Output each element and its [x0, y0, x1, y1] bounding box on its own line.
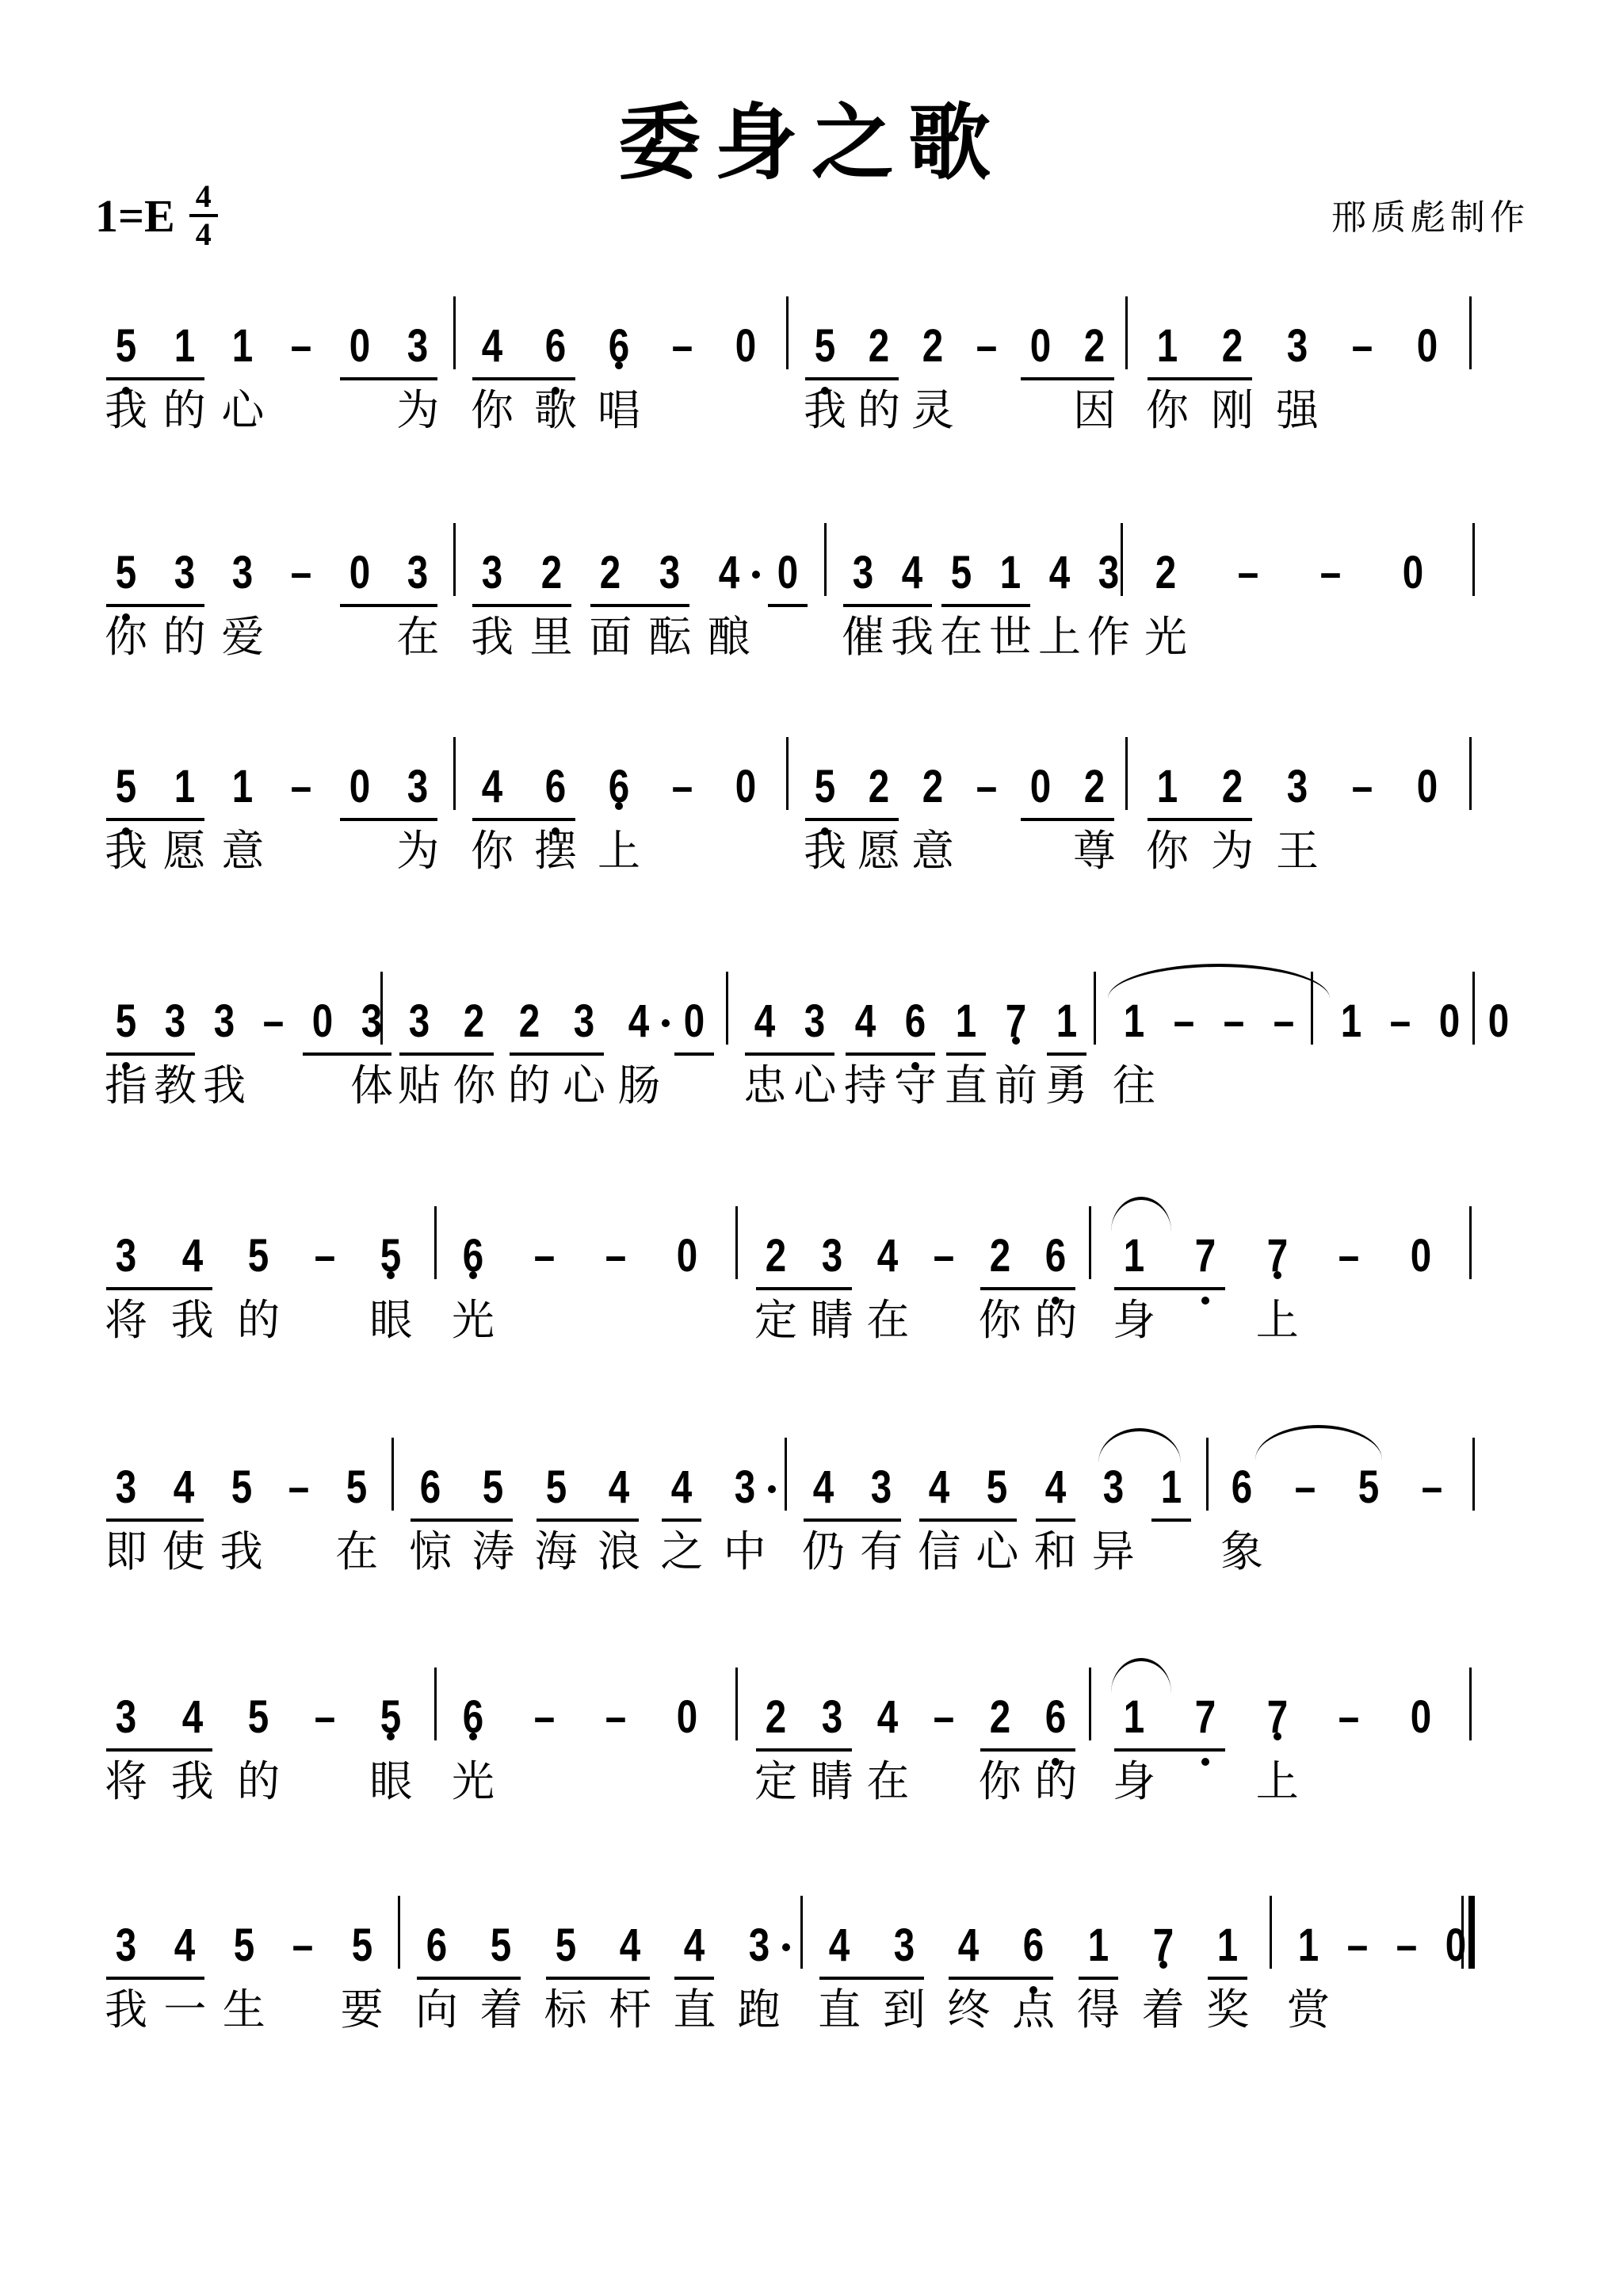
- low-octave-dot: [615, 802, 623, 810]
- underline: [472, 818, 533, 821]
- note-value: 2: [1212, 323, 1253, 369]
- lyric-char: 为: [1208, 827, 1257, 875]
- lyric-char: 你: [976, 1297, 1025, 1344]
- key-time-signature: 1=E 4 4: [95, 181, 218, 250]
- underline: [106, 1519, 161, 1522]
- note-value: 3: [811, 1694, 852, 1740]
- note-value: 3: [164, 550, 204, 596]
- underline: [1021, 377, 1071, 380]
- note-value: 0: [1400, 1694, 1441, 1740]
- underline: [855, 1519, 901, 1522]
- lyric-char: 我: [888, 613, 937, 661]
- lyric-char: 勇: [1042, 1062, 1091, 1110]
- note-value: 3: [399, 999, 440, 1045]
- low-octave-dot: [1274, 1271, 1281, 1279]
- lyric-char: 因: [1070, 387, 1119, 434]
- note-value: 4: [472, 323, 513, 369]
- note-value: –: [924, 1233, 964, 1279]
- underline: [1036, 1519, 1075, 1522]
- note-value: 6: [417, 1923, 457, 1969]
- note-value: –: [1214, 999, 1254, 1045]
- lyric-char: 体: [347, 1062, 396, 1110]
- note-value: 5: [545, 1923, 586, 1969]
- note-value: 6: [536, 764, 576, 810]
- note-value: 5: [977, 1465, 1018, 1511]
- lyrics-line: 我一生要向着标杆直跑直到终点得着奖赏: [94, 1986, 1544, 2042]
- note-value: 3: [739, 1923, 779, 1969]
- note-value: 1: [1114, 1233, 1155, 1279]
- barline: [391, 1438, 394, 1511]
- barline: [380, 972, 383, 1045]
- note-value: –: [596, 1233, 636, 1279]
- lyric-char: 直: [815, 1986, 864, 2034]
- lyric-char: 摆: [531, 827, 580, 875]
- underline: [1114, 1287, 1182, 1290]
- note-value: 4: [163, 1465, 204, 1511]
- underline: [846, 1052, 892, 1056]
- underline: [980, 1287, 1033, 1290]
- underline: [984, 604, 1030, 607]
- lyric-char: 的: [1031, 1758, 1080, 1805]
- note-value: 0: [303, 999, 343, 1045]
- note-value: 5: [536, 1465, 576, 1511]
- lyric-char: 教: [151, 1062, 200, 1110]
- lyric-char: 光: [449, 1297, 498, 1344]
- lyric-char: 你: [1143, 387, 1192, 434]
- note-value: –: [663, 323, 703, 369]
- lyric-char: 上: [1253, 1297, 1302, 1344]
- lyric-char: 跑: [735, 1986, 784, 2034]
- lyric-char: 定: [751, 1297, 800, 1344]
- underline: [537, 1519, 596, 1522]
- underline: [889, 1052, 935, 1056]
- note-value: 1: [223, 764, 263, 810]
- note-value: –: [1387, 1923, 1427, 1969]
- note-value: 4: [845, 999, 885, 1045]
- lyric-char: 为: [393, 827, 442, 875]
- underline: [674, 1977, 714, 1980]
- barline: [1121, 523, 1123, 596]
- underline: [1206, 377, 1252, 380]
- score-row: 345–565544343461711––0我一生要向着标杆直跑直到终点得着奖赏: [94, 1893, 1544, 2091]
- lyric-char: 和: [1031, 1528, 1080, 1576]
- note-value: 2: [454, 999, 495, 1045]
- lyric-char: 睛: [808, 1758, 857, 1805]
- lyric-char: 赏: [1284, 1986, 1333, 2034]
- note-value: 1: [1148, 764, 1188, 810]
- underline: [980, 1748, 1033, 1752]
- note-value: 1: [1148, 323, 1188, 369]
- note-value: 1: [1114, 1694, 1155, 1740]
- underline: [106, 604, 162, 607]
- underline: [1206, 818, 1252, 821]
- lyric-char: 点: [1009, 1986, 1058, 2034]
- lyric-char: 的: [160, 613, 209, 661]
- note-value: 0: [339, 323, 380, 369]
- underline: [878, 1977, 924, 1980]
- underline: [106, 377, 162, 380]
- note-value: –: [967, 764, 1007, 810]
- lyric-char: 我: [168, 1758, 217, 1805]
- lyrics-line: 将我的眼光定睛在你的身上: [94, 1758, 1544, 1813]
- lyrics-line: 即使我在惊涛海浪之中仍有信心和异象: [94, 1528, 1544, 1584]
- low-octave-dot: [469, 1271, 477, 1279]
- augmentation-dot: [782, 1943, 790, 1951]
- underline: [1079, 1977, 1118, 1980]
- underline: [806, 1287, 852, 1290]
- note-value: 0: [726, 764, 766, 810]
- lyric-char: 酝: [645, 613, 694, 661]
- note-value: 6: [1036, 1694, 1076, 1740]
- lyric-char: 有: [857, 1528, 906, 1576]
- lyric-char: 指: [101, 1062, 151, 1110]
- lyric-char: 在: [863, 1297, 912, 1344]
- underline: [346, 1052, 391, 1056]
- note-value: 3: [398, 323, 438, 369]
- lyric-char: 你: [468, 387, 517, 434]
- underline: [1021, 818, 1071, 821]
- lyrics-line: 将我的眼光定睛在你的身上: [94, 1297, 1544, 1352]
- underline: [756, 1287, 809, 1290]
- note-value: 0: [1021, 323, 1061, 369]
- lyric-char: 身: [1109, 1758, 1159, 1805]
- note-value: 1: [1046, 999, 1086, 1045]
- note-value: –: [1342, 764, 1383, 810]
- note-value: 4: [610, 1923, 651, 1969]
- lyric-char: 心: [790, 1062, 839, 1110]
- underline: [340, 377, 395, 380]
- note-value: –: [1264, 999, 1304, 1045]
- underline: [448, 1052, 494, 1056]
- lyric-char: 持: [841, 1062, 890, 1110]
- lyric-char: 直: [670, 1986, 719, 2034]
- underline: [1114, 1748, 1182, 1752]
- note-value: 6: [1014, 1923, 1054, 1969]
- note-value: 3: [106, 1923, 147, 1969]
- underline: [1029, 1287, 1075, 1290]
- note-value: 1: [164, 323, 204, 369]
- lyric-char: 浪: [594, 1528, 643, 1576]
- slur-tie: [1255, 1425, 1382, 1460]
- barline: [735, 1668, 738, 1740]
- underline: [919, 1519, 974, 1522]
- underline: [158, 377, 204, 380]
- lyrics-line: 指教我体贴你的心肠忠心持守直前勇往: [94, 1062, 1544, 1117]
- lyric-char: 象: [1217, 1528, 1266, 1576]
- note-value: 1: [1289, 1923, 1329, 1969]
- lyric-char: 面: [586, 613, 635, 661]
- lyric-char: 将: [101, 1758, 151, 1805]
- underline: [853, 818, 899, 821]
- note-value: 3: [1277, 323, 1318, 369]
- note-value: 0: [1400, 1233, 1441, 1279]
- note-value: 3: [106, 1233, 147, 1279]
- underline: [340, 604, 395, 607]
- lyric-char: 光: [1141, 613, 1190, 661]
- underline: [399, 1052, 451, 1056]
- note-value: 4: [599, 1465, 640, 1511]
- underline: [529, 377, 575, 380]
- note-value: 4: [172, 1233, 212, 1279]
- note-value: 0: [1407, 764, 1448, 810]
- lyric-char: 贴: [395, 1062, 444, 1110]
- note-value: –: [281, 323, 322, 369]
- lyric-char: 守: [891, 1062, 940, 1110]
- note-value: 0: [339, 550, 380, 596]
- score-row: 345–56––0234–26177–0将我的眼光定睛在你的身上: [94, 1203, 1544, 1401]
- lyric-char: 直: [941, 1062, 991, 1110]
- underline: [529, 818, 575, 821]
- lyric-char: 杆: [605, 1986, 655, 2034]
- lyric-char: 心: [218, 387, 267, 434]
- note-value: 3: [472, 550, 513, 596]
- lyric-char: 酿: [705, 613, 754, 661]
- lyric-char: 忠: [740, 1062, 789, 1110]
- lyric-char: 奖: [1203, 1986, 1252, 2034]
- underline: [1148, 377, 1209, 380]
- lyric-char: 我: [101, 387, 151, 434]
- underline: [643, 604, 689, 607]
- note-value: –: [525, 1694, 565, 1740]
- note-value: 1: [1114, 999, 1155, 1045]
- note-value: 3: [1277, 764, 1318, 810]
- lyric-char: 唱: [594, 387, 643, 434]
- note-value: 6: [536, 323, 576, 369]
- note-value: 2: [1075, 323, 1115, 369]
- note-value: 0: [1407, 323, 1448, 369]
- barline: [1472, 523, 1475, 596]
- underline: [158, 1519, 204, 1522]
- underline: [417, 1977, 478, 1980]
- lyric-char: 信: [915, 1528, 964, 1576]
- lyric-char: 你: [1143, 827, 1192, 875]
- underline: [1029, 1748, 1075, 1752]
- lyric-char: 心: [559, 1062, 609, 1110]
- note-value: 2: [980, 1233, 1020, 1279]
- note-value: 0: [674, 999, 714, 1045]
- underline: [1047, 1052, 1086, 1056]
- note-value: 5: [106, 550, 147, 596]
- lyric-char: 你: [976, 1758, 1025, 1805]
- underline: [949, 1977, 1010, 1980]
- lyric-char: 的: [160, 387, 209, 434]
- lyric-char: 尊: [1070, 827, 1119, 875]
- underline: [475, 1977, 521, 1980]
- lyric-char: 催: [838, 613, 888, 661]
- note-value: 4: [868, 1694, 908, 1740]
- underline: [756, 1748, 809, 1752]
- note-value: 5: [221, 1465, 262, 1511]
- note-value: 4: [472, 764, 513, 810]
- lyric-char: 歌: [531, 387, 580, 434]
- note-value: 3: [650, 550, 690, 596]
- underline: [106, 1287, 170, 1290]
- lyric-char: 意: [908, 827, 957, 875]
- underline: [804, 1519, 858, 1522]
- underline: [391, 377, 437, 380]
- barline: [786, 296, 789, 369]
- lyric-char: 心: [972, 1528, 1022, 1576]
- underline: [1068, 377, 1114, 380]
- note-value: 4: [949, 1923, 989, 1969]
- note-value: –: [596, 1694, 636, 1740]
- lyric-char: 前: [991, 1062, 1041, 1110]
- key-signature: 1=E: [95, 189, 175, 243]
- underline: [158, 818, 204, 821]
- lyric-char: 光: [449, 1758, 498, 1805]
- note-value: 2: [509, 999, 549, 1045]
- note-value: 5: [805, 323, 846, 369]
- note-value: 0: [667, 1694, 708, 1740]
- note-value: 1: [164, 764, 204, 810]
- note-value: –: [1285, 1465, 1326, 1511]
- barline: [1472, 1438, 1475, 1511]
- score-row: 511–03466–0522–02123–0我愿意为你摆上我愿意尊你为王: [94, 734, 1544, 932]
- lyric-char: 要: [338, 1986, 387, 2034]
- lyric-char: 肠: [614, 1062, 663, 1110]
- note-value: 2: [980, 1694, 1020, 1740]
- lyric-char: 将: [101, 1297, 151, 1344]
- lyric-char: 仍: [799, 1528, 848, 1576]
- barline: [785, 1438, 787, 1511]
- underline: [674, 1052, 714, 1056]
- song-title: 委身之歌: [0, 101, 1623, 184]
- lyric-char: 之: [657, 1528, 706, 1576]
- lyric-char: 我: [468, 613, 517, 661]
- note-value: 5: [106, 764, 147, 810]
- note-value: –: [1338, 1923, 1378, 1969]
- note-value: 2: [859, 323, 899, 369]
- underline: [853, 377, 899, 380]
- lyric-char: 灵: [908, 387, 957, 434]
- low-octave-dot: [469, 1733, 477, 1740]
- note-value: 4: [1035, 1465, 1075, 1511]
- lyric-char: 中: [720, 1528, 769, 1576]
- barline: [434, 1668, 437, 1740]
- note-value: 0: [768, 550, 808, 596]
- note-value: –: [281, 550, 322, 596]
- underline: [106, 1748, 170, 1752]
- underline: [886, 604, 932, 607]
- lyrics-line: 你的爱在我里面酝酿催我在世上作光: [94, 613, 1544, 669]
- underline: [558, 1052, 604, 1056]
- note-value: 5: [805, 764, 846, 810]
- note-value: 4: [708, 550, 749, 596]
- time-signature: 4 4: [189, 181, 218, 250]
- lyric-char: 眼: [366, 1758, 415, 1805]
- underline: [604, 1977, 650, 1980]
- barline: [1094, 972, 1096, 1045]
- note-value: 4: [919, 1465, 960, 1511]
- slur-tie: [1111, 1197, 1171, 1232]
- note-value: 5: [1349, 1465, 1389, 1511]
- lyric-char: 世: [986, 613, 1035, 661]
- note-value: 5: [239, 1233, 279, 1279]
- score-row: 511–03466–0522–02123–0我的心为你歌唱我的灵因你刚强: [94, 293, 1544, 491]
- lyric-char: 我: [168, 1297, 217, 1344]
- barline: [824, 523, 827, 596]
- note-value: 4: [745, 999, 785, 1045]
- note-value: –: [924, 1694, 964, 1740]
- note-value: 5: [239, 1694, 279, 1740]
- underline: [843, 604, 889, 607]
- note-value: 3: [795, 999, 835, 1045]
- note-value: 3: [884, 1923, 924, 1969]
- underline: [1007, 1977, 1053, 1980]
- lyric-char: 一: [160, 1986, 209, 2034]
- lyric-char: 即: [101, 1528, 151, 1576]
- low-octave-dot: [1274, 1733, 1281, 1740]
- note-value: 5: [106, 323, 147, 369]
- lyric-char: 着: [1139, 1986, 1188, 2034]
- note-value: 1: [1208, 1923, 1248, 1969]
- underline: [340, 818, 395, 821]
- note-value: 5: [473, 1465, 514, 1511]
- lyric-char: 的: [234, 1297, 283, 1344]
- note-value: 2: [756, 1233, 796, 1279]
- underline: [158, 604, 204, 607]
- note-value: 2: [913, 764, 953, 810]
- note-value: 4: [674, 1923, 715, 1969]
- low-octave-dot: [615, 361, 623, 369]
- note-value: –: [1329, 1694, 1369, 1740]
- barline: [786, 737, 789, 810]
- lyrics-line: 我愿意为你摆上我愿意尊你为王: [94, 827, 1544, 883]
- slur-tie: [1098, 1428, 1181, 1463]
- barline: [1089, 1206, 1091, 1279]
- lyric-char: 涛: [468, 1528, 517, 1576]
- barline: [453, 296, 456, 369]
- note-value: 6: [1222, 1465, 1262, 1511]
- lyric-char: 的: [505, 1062, 554, 1110]
- underline: [106, 818, 162, 821]
- underline: [149, 1052, 195, 1056]
- lyric-char: 刚: [1208, 387, 1257, 434]
- note-value: 7: [1186, 1694, 1226, 1740]
- note-value: –: [1342, 323, 1383, 369]
- barline: [1472, 972, 1475, 1045]
- note-value: 2: [1146, 550, 1186, 596]
- note-value: 1: [1331, 999, 1372, 1045]
- note-value: 3: [106, 1465, 147, 1511]
- underline: [1208, 1977, 1247, 1980]
- note-value: –: [967, 323, 1007, 369]
- lyric-char: 向: [412, 1986, 461, 2034]
- lyric-char: 爱: [218, 613, 267, 661]
- barline: [398, 1896, 400, 1969]
- lyric-char: 愿: [854, 827, 903, 875]
- underline: [1148, 818, 1209, 821]
- underline: [391, 818, 437, 821]
- note-value: 3: [724, 1465, 765, 1511]
- underline: [971, 1519, 1017, 1522]
- lyric-char: 上: [1253, 1758, 1302, 1805]
- underline: [1179, 1748, 1225, 1752]
- lyric-char: 定: [751, 1758, 800, 1805]
- note-value: 5: [337, 1465, 377, 1511]
- lyric-char: 王: [1273, 827, 1322, 875]
- underline: [1151, 1519, 1191, 1522]
- note-value: 4: [892, 550, 933, 596]
- lyric-char: 的: [1031, 1297, 1080, 1344]
- note-value: –: [1228, 550, 1269, 596]
- lyric-char: 我: [800, 387, 850, 434]
- note-value: 2: [531, 550, 571, 596]
- lyric-char: 在: [332, 1528, 381, 1576]
- note-value: 3: [352, 999, 392, 1045]
- barline: [434, 1206, 437, 1279]
- underline: [1068, 818, 1114, 821]
